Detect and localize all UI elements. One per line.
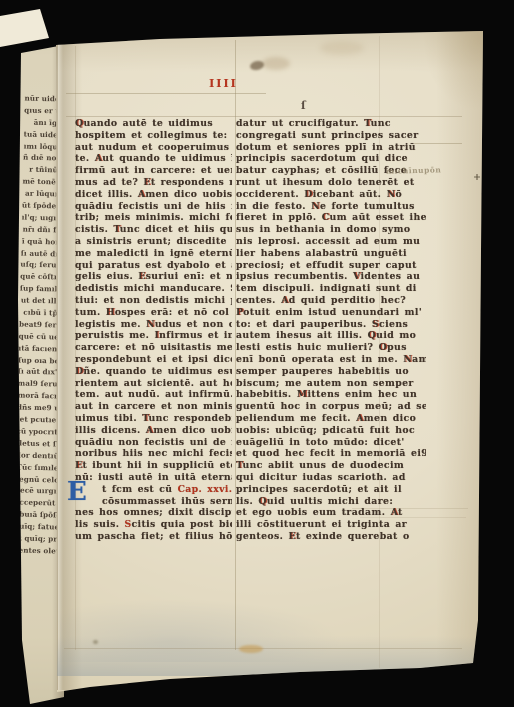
text-line: dotum et seniores pplī in atriū	[236, 142, 426, 154]
text-line: nis leprosi. accessit ad eum mu	[236, 236, 426, 248]
text-line: to: et dari pauperibus. Sciens	[236, 319, 426, 331]
text-line: dicet illis. Amen dico uobis:	[75, 189, 232, 201]
text-line: datur ut crucifigatur. Tunc	[236, 118, 426, 130]
text-line: uobis: ubicūq; pdicatū fuit hoc	[236, 425, 426, 437]
text-line: preciosi; et effudit super caput	[236, 260, 426, 272]
manuscript-photo: nūr uidēm9qıus er uidel'ānı īgel'tuā uid…	[0, 0, 514, 707]
text-line: dedistis michi manducare. Si	[75, 283, 232, 295]
text-line: Quando autē te uidimus	[75, 118, 232, 130]
text-line: hospitem et collegimus te:	[75, 130, 232, 142]
page-right-shading	[436, 30, 486, 670]
folio-numeral: IIII	[209, 76, 238, 90]
text-line: in die festo. Ne forte tumultus	[236, 201, 426, 213]
text-line: Et ibunt hii in suppliciū eter	[75, 460, 232, 472]
text-line: a sinistris erunt; discedite a	[75, 236, 232, 248]
text-line: aut nudum et cooperuimus	[75, 142, 232, 154]
text-line: peliendum me fecit. Amen dico	[236, 413, 426, 425]
text-line: ipsius recumbentis. Videntes au	[236, 271, 426, 283]
ruling-line-horizontal-top	[66, 93, 266, 94]
text-line: t fcm est cū Cap. xxvi.	[75, 484, 232, 496]
yellow-stain-bottom	[239, 645, 263, 653]
text-line: congregati sunt principes sacer	[236, 130, 426, 142]
text-line: tem. aut nudū. aut infirmū.	[75, 389, 232, 401]
text-line: genteos. Et exinde querebat o	[236, 531, 426, 543]
text-line: et quod hec fecit in memoriā ei9.	[236, 448, 426, 460]
page-corner-shading	[416, 30, 486, 120]
text-line: fieret in pplō. Cum aūt esset ihe	[236, 212, 426, 224]
text-line: tiui: et non dedistis michi po	[75, 295, 232, 307]
text-line: respondebunt ei et ipsi dicentes.	[75, 354, 232, 366]
text-line: legistis me. Nudus et non o	[75, 319, 232, 331]
text-line: tem discipuli. indignati sunt di	[236, 283, 426, 295]
stain-halo	[262, 57, 290, 70]
text-line: cistis. Tunc dicet et hiis qui	[75, 224, 232, 236]
text-line: firmū aut in carcere: et ueni	[75, 165, 232, 177]
text-line: noribus hiis nec michi fecisti.	[75, 448, 232, 460]
ruling-line-horizontal-textblock	[66, 116, 462, 117]
text-line: guentū hoc in corpus meū; ad se	[236, 401, 426, 413]
text-line: peruistis me. Infirmus et in	[75, 330, 232, 342]
text-line: qui dicitur iudas scarioth. ad	[236, 472, 426, 484]
text-line: lier habens alabastrū unguēti	[236, 248, 426, 260]
text-line: sus in bethania in domo symo	[236, 224, 426, 236]
text-column-left: Quando autē te uidimushospitem et colleg…	[75, 118, 232, 544]
text-line: te. Aut quando te uidimus ī	[75, 153, 232, 165]
text-line: qui paratus est dyabolo et ā	[75, 260, 232, 272]
dark-smudge	[249, 60, 265, 72]
text-line: nes hos omnes; dixit discipu	[75, 507, 232, 519]
text-line: Potuit enim istud uenundari ml'	[236, 307, 426, 319]
text-line: illi cōstituerunt ei triginta ar	[236, 519, 426, 531]
text-line: lis. Quid uultis michi dare:	[236, 496, 426, 508]
text-line: euāgeliū in toto mūdo: dicet'	[236, 437, 426, 449]
ink-speck	[93, 640, 98, 644]
text-line: obuıā ſpōſo	[14, 509, 57, 522]
marginal-note: mıchīnupōn	[386, 165, 446, 176]
text-line: autem ihesus ait illis. Quid mo	[236, 330, 426, 342]
text-line: illis dicens. Amen dico uobis:	[75, 425, 232, 437]
text-line: Dñe. quando te uidimus esu	[75, 366, 232, 378]
bottom-edge-shadow	[56, 636, 476, 676]
text-line: runt ut ihesum dolo tenerēt et	[236, 177, 426, 189]
text-line: tum. Hospes erā: et nō col	[75, 307, 232, 319]
text-line: principis sacerdotum qui dice	[236, 153, 426, 165]
text-line: um pascha fiet; et filius hōis	[75, 531, 232, 543]
edge-mark-horizontal	[474, 176, 480, 178]
text-line: lis suis. Scitis quia post bidu	[75, 519, 232, 531]
text-line: quīq; fatue	[14, 520, 57, 533]
text-line: centes. Ad quid perditio hec?	[236, 295, 426, 307]
text-line: cōsummasset ihūs sermo	[75, 496, 232, 508]
text-line: semper pauperes habebitis uo	[236, 366, 426, 378]
text-column-right: datur ut crucifigatur. Tunccongregati su…	[236, 118, 426, 544]
text-line: gelis eius. Esuriui enī: et nō	[75, 271, 232, 283]
text-line: occiderent. Dicebant aūt. Nō	[236, 189, 426, 201]
ascender-flourish: ſ	[301, 99, 306, 112]
text-line: me maledicti in ignē eternū:	[75, 248, 232, 260]
manuscript-page: IIII ſ Quando autē te uidimushospitem et…	[0, 0, 514, 707]
text-line: enī bonū operata est in me. Nam	[236, 354, 426, 366]
text-line: quādiu non fecistis uni de mi	[75, 437, 232, 449]
text-line: et quīq; pru	[14, 532, 57, 545]
text-line: principes sacerdotū; et ait il	[236, 484, 426, 496]
text-line: rientem aut sicientē. aut hospi	[75, 378, 232, 390]
text-line: mus ad te? Et respondens rex	[75, 177, 232, 189]
text-line: uimus tibi. Tunc respondebit	[75, 413, 232, 425]
text-line: trib; meis minimis. michi fe	[75, 212, 232, 224]
ruling-line-horizontal-bottom	[64, 648, 462, 649]
bottom-margin-shadow	[60, 592, 340, 662]
text-line: quādiu fecistis uni de hiis fra	[75, 201, 232, 213]
text-line: aut in carcere et non ministra	[75, 401, 232, 413]
text-line: Tunc abiit unus de duodecim	[236, 460, 426, 472]
gutter-edge-highlight	[58, 42, 63, 690]
text-line: nū: iusti autē in uitā eternam.	[75, 472, 232, 484]
text-line: et ego uobis eum tradam. At	[236, 507, 426, 519]
faint-stain-top	[320, 41, 364, 55]
text-line: biscum; me autem non semper	[236, 378, 426, 390]
text-line: habebitis. Mittens enim hec un	[236, 389, 426, 401]
text-line: lesti estis huic mulieri? Opus	[236, 342, 426, 354]
text-line: carcere: et nō uisitastis me. Et	[75, 342, 232, 354]
text-line: dentes oleū	[13, 544, 56, 557]
illuminated-initial: E	[67, 480, 93, 506]
